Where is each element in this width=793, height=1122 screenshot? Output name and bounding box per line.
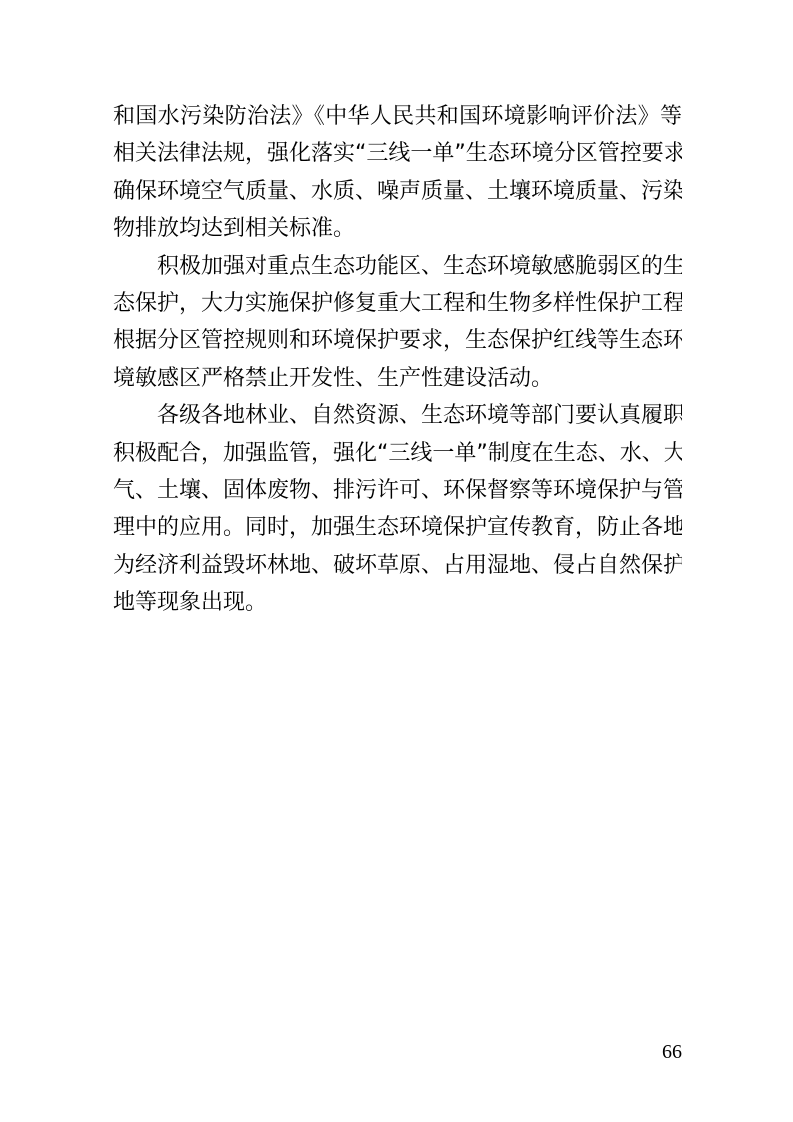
paragraph-departments-duty: 各级各地林业、自然资源、生态环境等部门要认真履职， 积极配合，加强监管，强化“三… bbox=[113, 397, 682, 621]
text-line: 根据分区管控规则和环境保护要求，生态保护红线等生态环 bbox=[113, 322, 682, 359]
text-line: 确保环境空气质量、水质、噪声质量、土壤环境质量、污染 bbox=[113, 173, 682, 210]
page-number: 66 bbox=[113, 1040, 682, 1064]
text-line: 地等现象出现。 bbox=[113, 584, 682, 621]
body-text: 和国水污染防治法》《中华人民共和国环境影响评价法》等 相关法律法规，强化落实“三… bbox=[113, 98, 682, 622]
text-line: 为经济利益毁坏林地、破坏草原、占用湿地、侵占自然保护 bbox=[113, 547, 682, 584]
text-line: 境敏感区严格禁止开发性、生产性建设活动。 bbox=[113, 360, 682, 397]
text-line: 理中的应用。同时，加强生态环境保护宣传教育，防止各地 bbox=[113, 509, 682, 546]
text-line: 积极配合，加强监管，强化“三线一单”制度在生态、水、大 bbox=[113, 435, 682, 472]
document-page: 和国水污染防治法》《中华人民共和国环境影响评价法》等 相关法律法规，强化落实“三… bbox=[0, 0, 793, 1122]
text-line: 各级各地林业、自然资源、生态环境等部门要认真履职， bbox=[113, 397, 682, 434]
text-line: 积极加强对重点生态功能区、生态环境敏感脆弱区的生 bbox=[113, 248, 682, 285]
paragraph-ecological-protection: 积极加强对重点生态功能区、生态环境敏感脆弱区的生 态保护，大力实施保护修复重大工… bbox=[113, 248, 682, 398]
text-line: 气、土壤、固体废物、排污许可、环保督察等环境保护与管 bbox=[113, 472, 682, 509]
paragraph-continuation: 和国水污染防治法》《中华人民共和国环境影响评价法》等 相关法律法规，强化落实“三… bbox=[113, 98, 682, 248]
text-line: 态保护，大力实施保护修复重大工程和生物多样性保护工程。 bbox=[113, 285, 682, 322]
text-line: 和国水污染防治法》《中华人民共和国环境影响评价法》等 bbox=[113, 98, 682, 135]
text-line: 物排放均达到相关标准。 bbox=[113, 210, 682, 247]
text-line: 相关法律法规，强化落实“三线一单”生态环境分区管控要求， bbox=[113, 135, 682, 172]
